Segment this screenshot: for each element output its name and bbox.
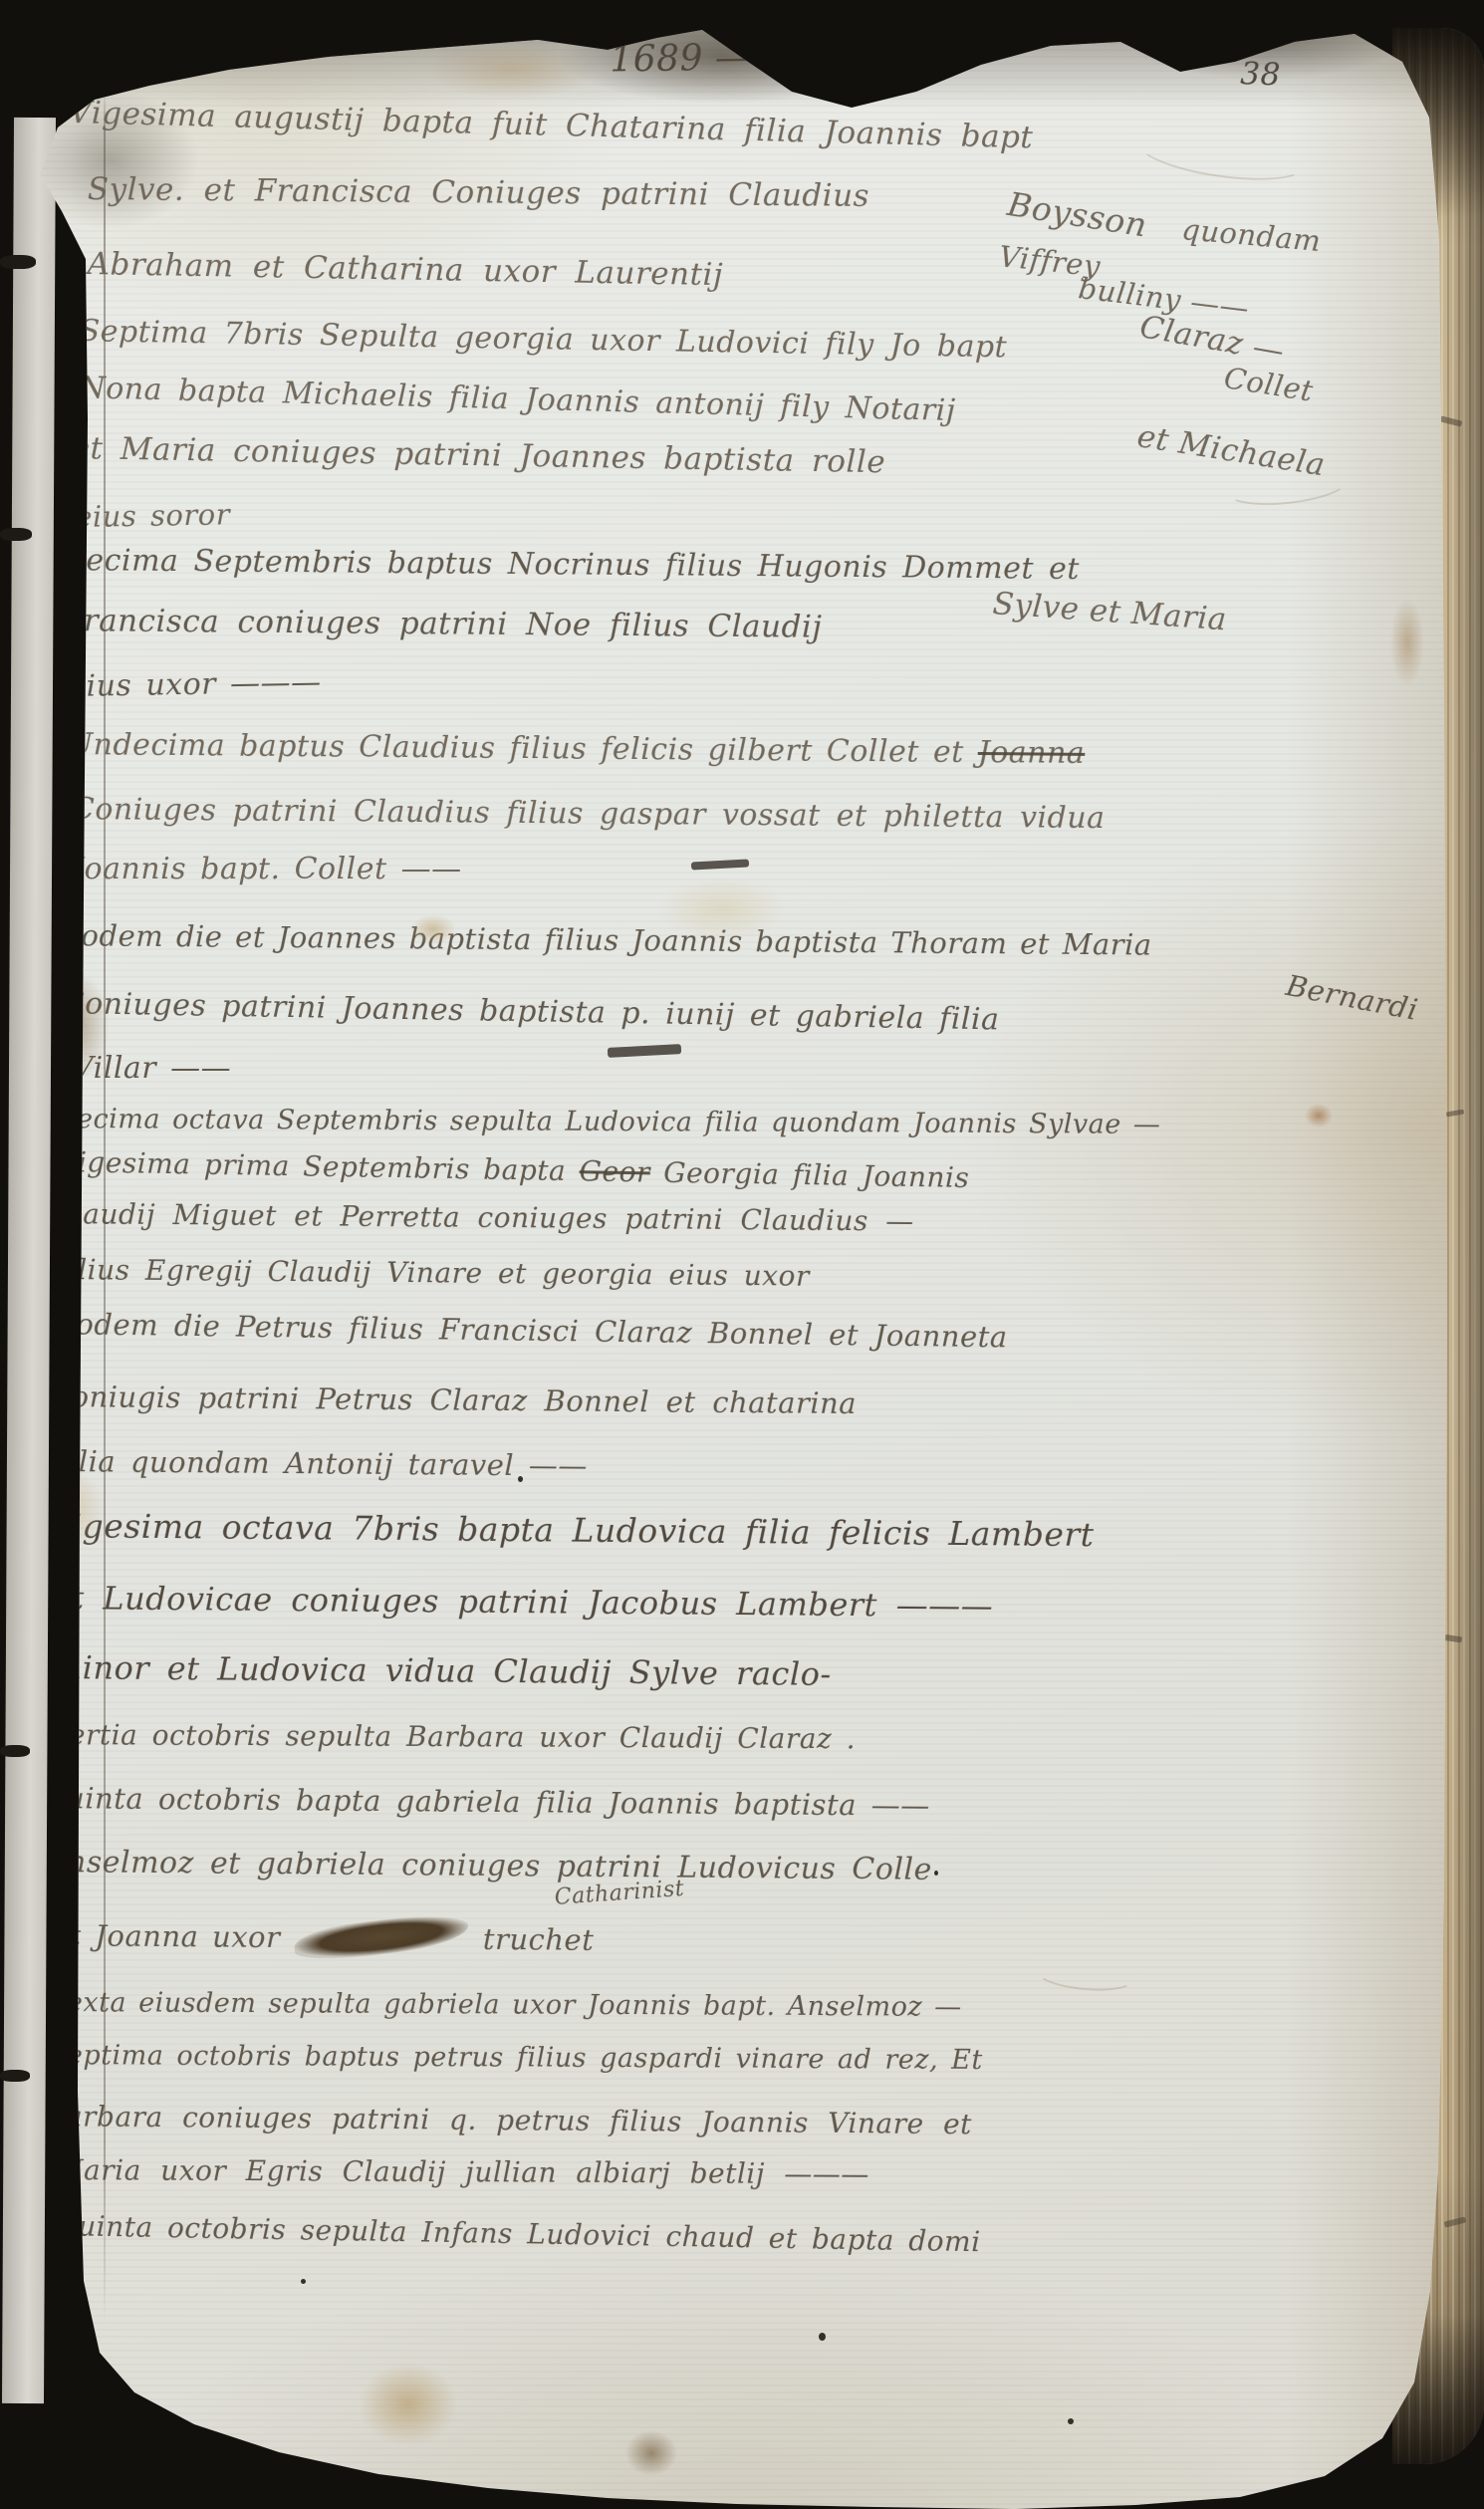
ink-speck (934, 1871, 938, 1876)
manuscript-line: Sylve. et Francisca Coniuges patrini Cla… (88, 171, 869, 214)
manuscript-line: Anselmoz et gabriela coniuges patrini Lu… (45, 1845, 932, 1887)
line-text: Francisca coniuges patrini Noe filius Cl… (62, 603, 823, 645)
line-text: truchet (469, 1922, 594, 1957)
ink-speck (301, 2279, 306, 2284)
manuscript-page: 1689 —— 38 Vigesima augustij bapta fuit … (0, 0, 1484, 2509)
manuscript-line: Septima 7bris Sepulta georgia uxor Ludov… (79, 314, 1007, 365)
manuscript-line: et Ludovicae coniuges patrini Jacobus La… (52, 1579, 994, 1625)
manuscript-line: Eodem die et Joannes baptista filius Joa… (60, 918, 1152, 962)
line-text: et Ludovicae coniuges patrini Jacobus La… (52, 1579, 994, 1625)
show-through-stroke (1133, 118, 1312, 189)
manuscript-line: Decima Septembris baptus Nocrinus filius… (62, 543, 1080, 587)
margin-word: Collet (1222, 361, 1316, 408)
line-text: Coniuges patrini Joannes baptista p. iun… (61, 986, 999, 1037)
manuscript-line: Vigesima octava 7bris bapta Ludovica fil… (48, 1506, 1095, 1554)
show-through-stroke (1035, 1956, 1136, 1995)
line-text: Vigesima augustij bapta fuit Chatarina f… (69, 95, 1034, 155)
manuscript-line: Maria uxor Egris Claudij jullian albiarj… (55, 2153, 869, 2190)
ink-speck (819, 2333, 826, 2341)
manuscript-line: Nona bapta Michaelis filia Joannis anton… (79, 371, 956, 428)
line-text: Quinta octobris bapta gabriela filia Joa… (42, 1781, 930, 1823)
stain (410, 914, 456, 944)
line-text: Coniuges patrini Claudius filius gaspar … (72, 792, 1106, 836)
line-text: minor et Ludovica vidua Claudij Sylve ra… (52, 1648, 832, 1693)
line-text: Nona bapta Michaelis filia Joannis anton… (79, 371, 956, 428)
line-text: eius uxor ——— (68, 665, 322, 704)
manuscript-line: et Maria coniuges patrini Joannes baptis… (71, 430, 885, 480)
stain (1305, 1104, 1333, 1128)
ink-blot (293, 1910, 471, 1964)
manuscript-line: eius soror (75, 497, 230, 534)
binding-stitch (0, 1745, 30, 1757)
stain (657, 877, 787, 942)
manuscript-line: Eodem die Petrus filius Francisci Claraz… (55, 1307, 1008, 1354)
manuscript-line: eius uxor ——— (68, 665, 322, 704)
line-text: Claudij Miguet et Perretta coniuges patr… (52, 1197, 914, 1238)
underlying-page-edge (2, 118, 56, 2403)
struck-word: Geor (579, 1154, 650, 1188)
line-text: Decima Septembris baptus Nocrinus filius… (62, 543, 1080, 587)
line-text: Georgia filia Joannis (650, 1155, 970, 1194)
book-photograph: 1689 —— 38 Vigesima augustij bapta fuit … (0, 0, 1484, 2509)
manuscript-line: Decima octava Septembris sepulta Ludovic… (55, 1104, 1161, 1140)
manuscript-line: et Joanna uxor truchet (52, 1917, 595, 1957)
manuscript-line: Barbara coniuges patrini q. petrus filiu… (45, 2100, 972, 2140)
manuscript-line: Vigesima prima Septembris bapta Geor Geo… (57, 1145, 969, 1194)
line-text: Anselmoz et gabriela coniuges patrini Lu… (45, 1845, 932, 1887)
manuscript-line: Claudij Miguet et Perretta coniuges patr… (52, 1197, 914, 1238)
margin-word: Boysson (1005, 184, 1150, 245)
manuscript-line: Joannis bapt. Collet —— (72, 852, 462, 886)
line-text: Eodem die Petrus filius Francisci Claraz… (55, 1307, 1008, 1354)
manuscript-line: coniugis patrini Petrus Claraz Bonnel et… (55, 1380, 858, 1420)
struck-word: Joanna (978, 735, 1086, 771)
line-text: et Maria coniuges patrini Joannes baptis… (71, 430, 885, 480)
stain (625, 2430, 677, 2476)
line-text: Joannis bapt. Collet —— (72, 852, 462, 886)
manuscript-line: Quinta octobris bapta gabriela filia Joa… (42, 1781, 930, 1823)
manuscript-line: Undecima baptus Claudius filius felicis … (68, 727, 1086, 771)
line-text: Abraham et Catharina uxor Laurentij (87, 246, 723, 293)
line-text: Tertia octobris sepulta Barbara uxor Cla… (52, 1718, 856, 1755)
manuscript-line: Septima octobris baptus petrus filius ga… (48, 2040, 983, 2076)
stain (428, 40, 598, 100)
line-text: Vigesima prima Septembris bapta (57, 1145, 580, 1187)
manuscript-line: Coniuges patrini Joannes baptista p. iun… (61, 986, 999, 1037)
binding-stitch (0, 528, 32, 541)
line-text: Quinta octobris sepulta Infans Ludovici … (54, 2209, 980, 2258)
line-text: et Joanna uxor (52, 1918, 295, 1954)
manuscript-line: Quinta octobris sepulta Infans Ludovici … (54, 2209, 980, 2258)
line-text: coniugis patrini Petrus Claraz Bonnel et… (55, 1380, 858, 1420)
manuscript-line: filia quondam Antonij taravel —— (58, 1444, 588, 1483)
stain (359, 2363, 458, 2446)
page-number: 38 (1240, 56, 1282, 93)
line-text: filius Egregij Claudij Vinare et georgia… (58, 1253, 810, 1293)
manuscript-line: Francisca coniuges patrini Noe filius Cl… (62, 603, 823, 645)
manuscript-line: Sexta eiusdem sepulta gabriela uxor Joan… (48, 1987, 962, 2023)
line-text: Eodem die et Joannes baptista filius Joa… (60, 918, 1152, 962)
manuscript-line: minor et Ludovica vidua Claudij Sylve ra… (52, 1648, 832, 1693)
stain (1390, 598, 1424, 687)
line-text: Septima 7bris Sepulta georgia uxor Ludov… (79, 314, 1007, 365)
binding-stitch (0, 2070, 30, 2082)
line-text: Maria uxor Egris Claudij jullian albiarj… (55, 2153, 869, 2190)
line-text: Vigesima octava 7bris bapta Ludovica fil… (48, 1506, 1095, 1554)
margin-word: et Michaela (1134, 418, 1328, 483)
line-text: Barbara coniuges patrini q. petrus filiu… (45, 2100, 972, 2140)
line-text: Decima octava Septembris sepulta Ludovic… (55, 1104, 1161, 1140)
manuscript-line: Abraham et Catharina uxor Laurentij (87, 246, 723, 293)
ink-speck (518, 1476, 523, 1482)
manuscript-line: Vigesima augustij bapta fuit Chatarina f… (69, 95, 1034, 155)
manuscript-line: Coniuges patrini Claudius filius gaspar … (72, 792, 1106, 836)
manuscript-line: filius Egregij Claudij Vinare et georgia… (58, 1253, 810, 1293)
line-text: eius soror (75, 497, 230, 534)
margin-word: quondam (1180, 212, 1323, 258)
ink-dash-mark (608, 1044, 681, 1058)
line-text: filia quondam Antonij taravel —— (58, 1444, 588, 1483)
margin-word: Bernardi (1284, 968, 1421, 1027)
line-text: Sexta eiusdem sepulta gabriela uxor Joan… (48, 1987, 962, 2023)
ink-dash-mark (691, 859, 749, 870)
ink-speck (1068, 2418, 1074, 2424)
margin-word: Sylve et Maria (991, 586, 1227, 637)
binding-stitch (0, 255, 36, 269)
line-text: Undecima baptus Claudius filius felicis … (68, 727, 978, 770)
line-text: Sylve. et Francisca Coniuges patrini Cla… (88, 171, 869, 214)
year-heading: 1689 —— (610, 37, 788, 81)
line-text: Septima octobris baptus petrus filius ga… (48, 2040, 983, 2076)
manuscript-line: Tertia octobris sepulta Barbara uxor Cla… (52, 1718, 856, 1755)
